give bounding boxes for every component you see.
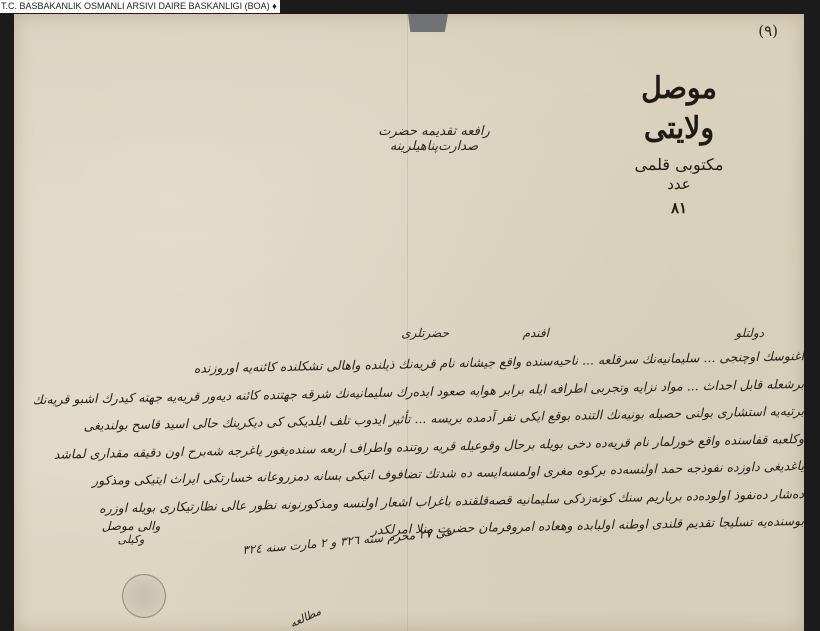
paper-tear [408,14,448,32]
page-number: (٩) [758,22,778,40]
letterhead-number: ٨١ [604,199,754,217]
document-page: (٩) موصل ولايتی مكتوبی قلمی عدد ٨١ رافعه… [14,14,804,631]
signature-name: وكیلی [96,533,166,546]
signature-block: والی موصل وكیلی [96,519,166,546]
archive-source-label: T.C. BASBAKANLIK OSMANLI ARSIVI DAIRE BA… [0,0,280,13]
greeting-first: دولتلو [735,326,764,340]
seal-stamp-icon [122,574,166,618]
letterhead-subtitle: مكتوبی قلمی [604,155,754,175]
letterhead: موصل ولايتی مكتوبی قلمی عدد ٨١ [604,69,754,217]
document-heading: رافعه تقدیمه حضرت صدارت‌پناهیلرینه [334,124,534,154]
signature-role: والی موصل [96,519,166,533]
greeting-third: حضرتلری [401,326,449,340]
letterhead-count-label: عدد [604,175,754,193]
greeting-second: افندم [523,326,549,340]
letterhead-title: موصل ولايتی [608,69,751,149]
bottom-annotation: مطالعه [288,605,323,631]
document-body: اغنوسك اوچنجی ... سلیمانیه‌نك سرقلعه ...… [34,342,804,535]
